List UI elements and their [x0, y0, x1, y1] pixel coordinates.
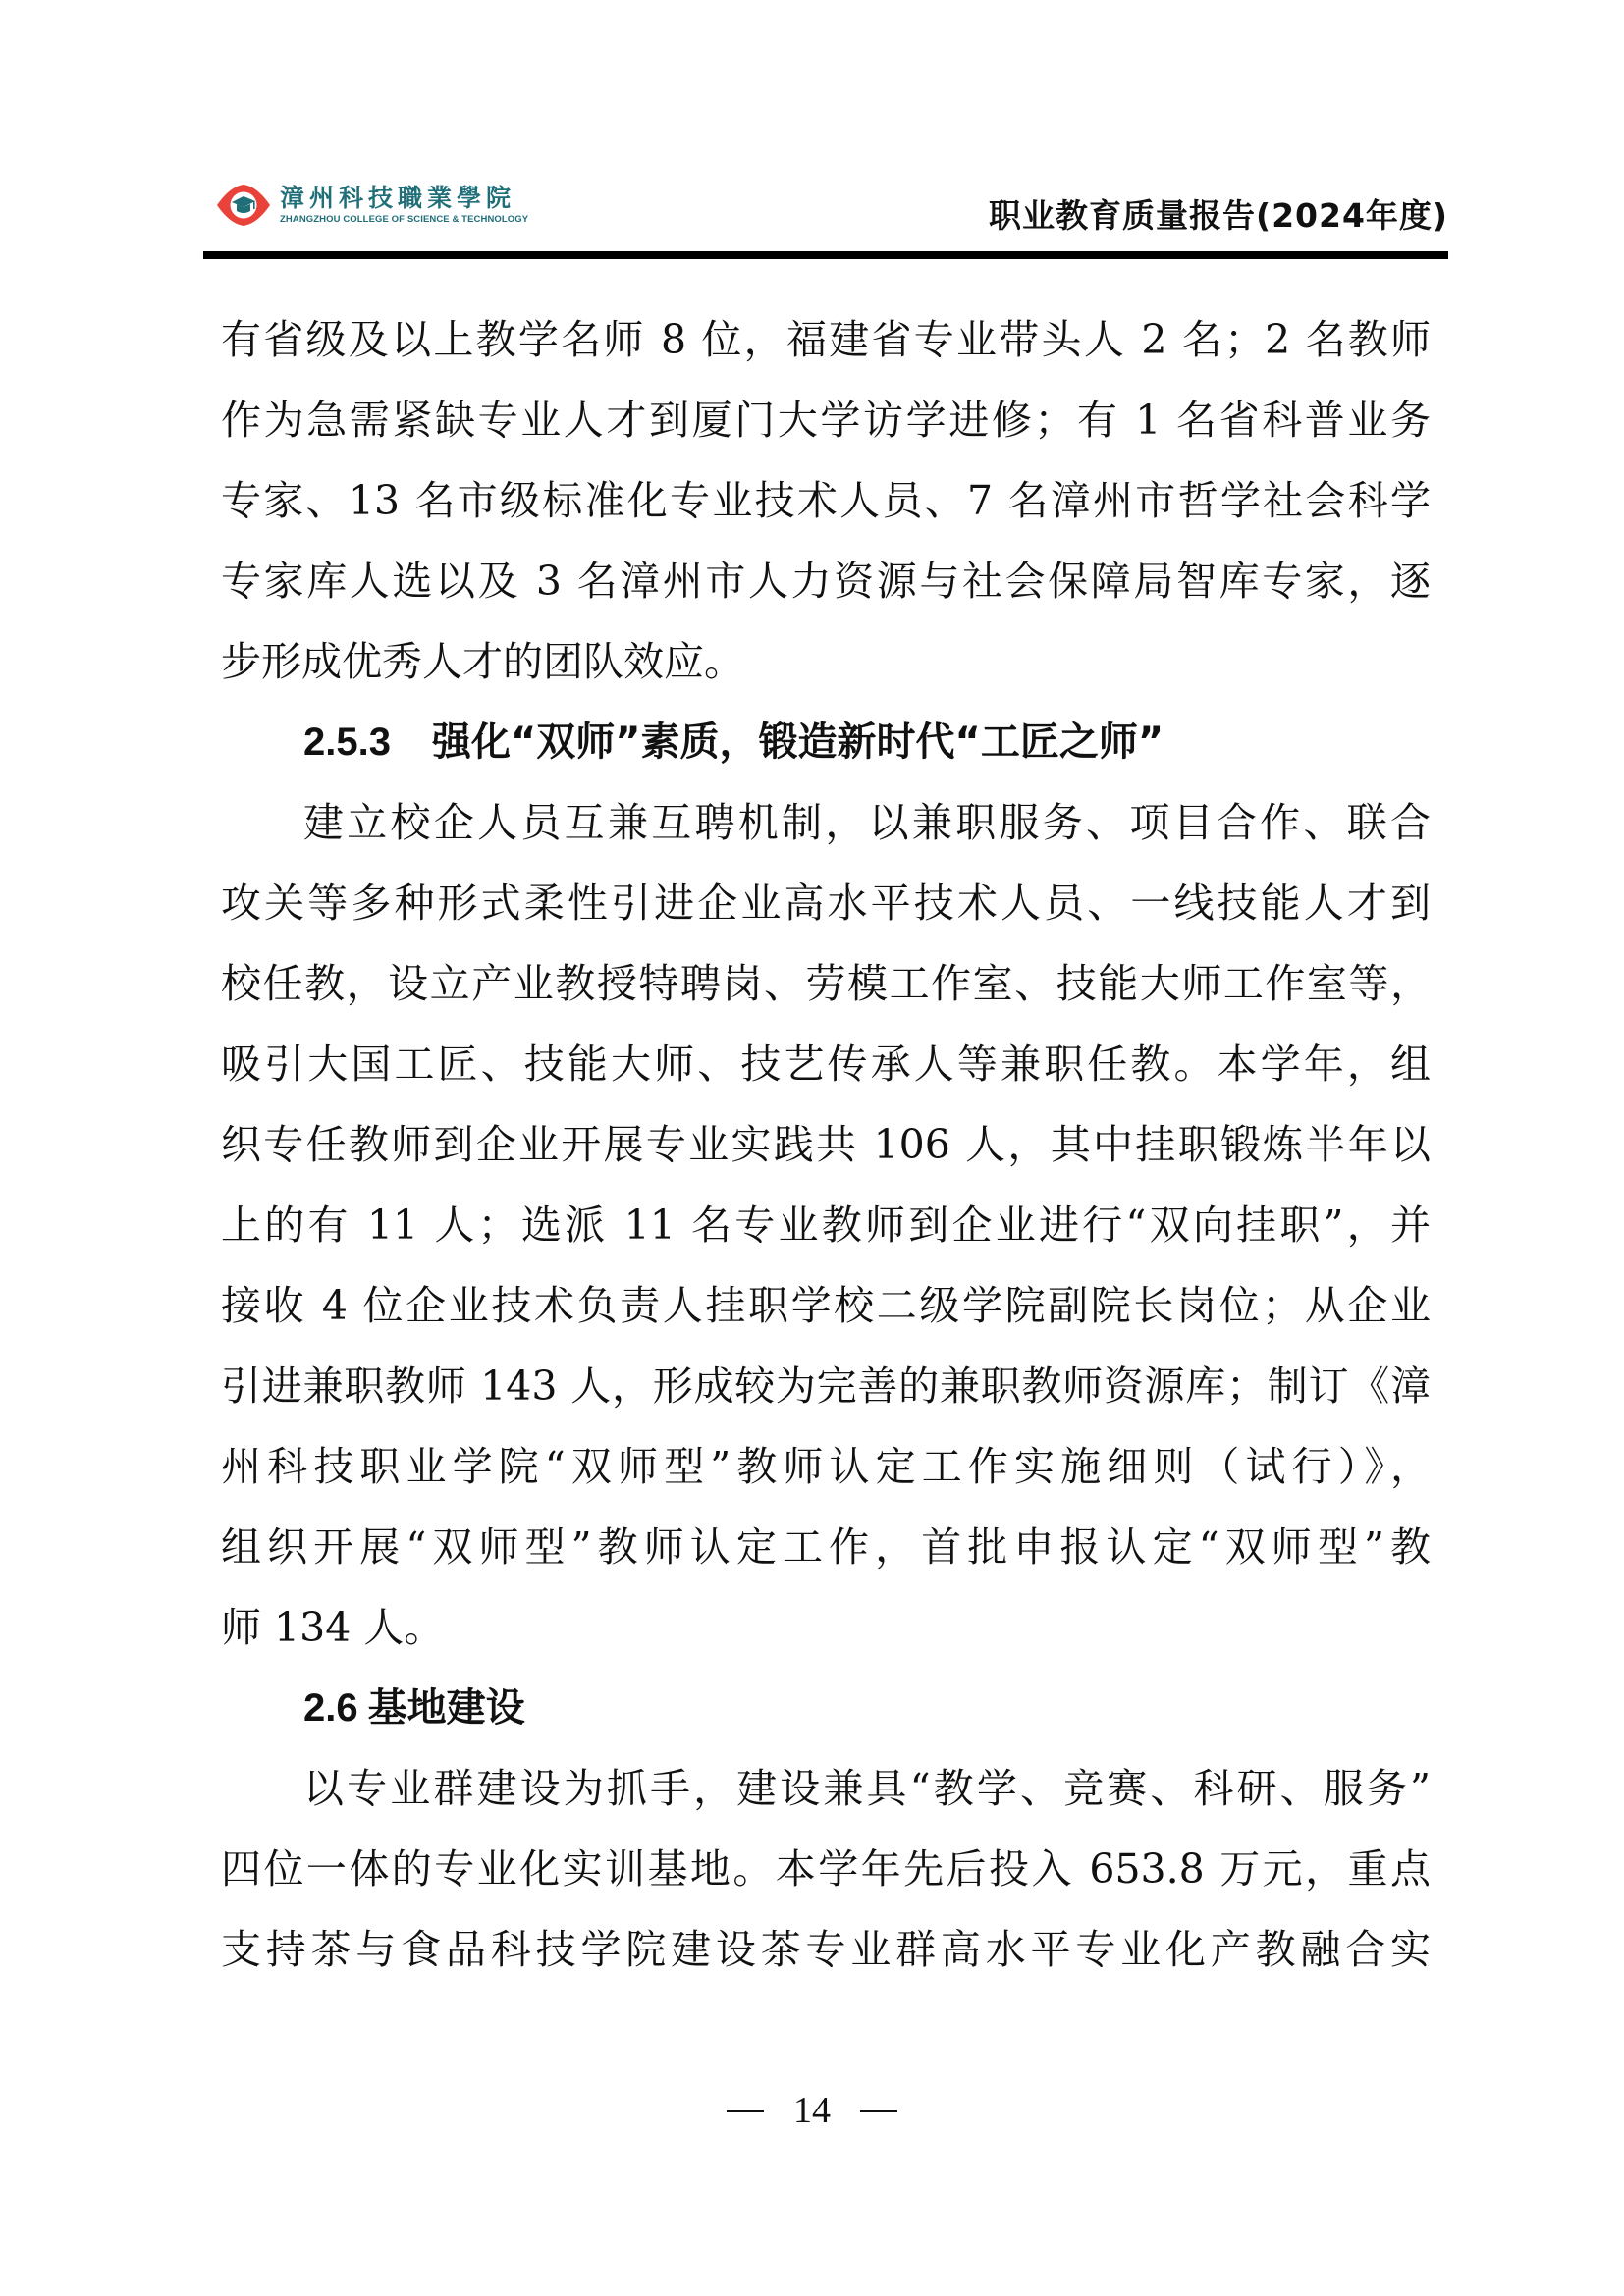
text-line: 专家库人选以及 3 名漳州市人力资源与社会保障局智库专家，逐 — [221, 541, 1431, 621]
dash-decoration — [860, 2110, 897, 2112]
college-name-en: ZHANGZHOU COLLEGE OF SCIENCE & TECHNOLOG… — [280, 214, 528, 226]
text-line: 以专业群建设为抓手，建设兼具“教学、竞赛、科研、服务” — [221, 1748, 1431, 1829]
dash-decoration — [727, 2110, 764, 2112]
text-line: 有省级及以上教学名师 8 位，福建省专业带头人 2 名；2 名教师 — [221, 299, 1431, 380]
paragraph-dual-teacher: 建立校企人员互兼互聘机制，以兼职服务、项目合作、联合 攻关等多种形式柔性引进企业… — [221, 782, 1431, 1668]
section-title: 强化“双师”素质，锻造新时代“工匠之师” — [432, 720, 1164, 765]
section-title: 基地建设 — [368, 1685, 525, 1731]
text-line: 上的有 11 人；选派 11 名专业教师到企业进行“双向挂职”，并 — [221, 1185, 1431, 1265]
text-line: 支持茶与食品科技学院建设茶专业群高水平专业化产教融合实 — [221, 1909, 1431, 1990]
page-footer: 14 — [0, 2089, 1624, 2132]
text-line: 建立校企人员互兼互聘机制，以兼职服务、项目合作、联合 — [221, 782, 1431, 863]
text-line: 校任教，设立产业教授特聘岗、劳模工作室、技能大师工作室等， — [221, 943, 1431, 1024]
text-line: 专家、13 名市级标准化专业技术人员、7 名漳州市哲学社会科学 — [221, 460, 1431, 541]
college-logo: 漳州科技職業學院 ZHANGZHOU COLLEGE OF SCIENCE & … — [215, 183, 528, 228]
report-title: 职业教育质量报告(2024年度) — [989, 196, 1448, 236]
text-line: 攻关等多种形式柔性引进企业高水平技术人员、一线技能人才到 — [221, 863, 1431, 943]
header-divider — [203, 251, 1448, 259]
text-line: 四位一体的专业化实训基地。本学年先后投入 653.8 万元，重点 — [221, 1829, 1431, 1909]
page-header: 漳州科技職業學院 ZHANGZHOU COLLEGE OF SCIENCE & … — [203, 177, 1448, 259]
section-heading-2-6: 2.6基地建设 — [221, 1668, 1431, 1748]
paragraph-talent-team: 有省级及以上教学名师 8 位，福建省专业带头人 2 名；2 名教师 作为急需紧缺… — [221, 299, 1431, 702]
text-line: 州科技职业学院“双师型”教师认定工作实施细则（试行）》， — [221, 1426, 1431, 1507]
text-line: 步形成优秀人才的团队效应。 — [221, 621, 1431, 702]
text-line: 织专任教师到企业开展专业实践共 106 人，其中挂职锻炼半年以 — [221, 1104, 1431, 1185]
paragraph-training-base: 以专业群建设为抓手，建设兼具“教学、竞赛、科研、服务” 四位一体的专业化实训基地… — [221, 1748, 1431, 1990]
section-heading-2-5-3: 2.5.3强化“双师”素质，锻造新时代“工匠之师” — [221, 702, 1431, 782]
page-content: 有省级及以上教学名师 8 位，福建省专业带头人 2 名；2 名教师 作为急需紧缺… — [221, 299, 1431, 1990]
text-line: 作为急需紧缺专业人才到厦门大学访学进修；有 1 名省科普业务 — [221, 380, 1431, 460]
college-name-cn: 漳州科技職業學院 — [280, 185, 528, 212]
text-line: 接收 4 位企业技术负责人挂职学校二级学院副院长岗位；从企业 — [221, 1265, 1431, 1346]
section-number: 2.5.3 — [303, 702, 391, 782]
text-line: 组织开展“双师型”教师认定工作，首批申报认定“双师型”教 — [221, 1507, 1431, 1587]
text-line: 师 134 人。 — [221, 1587, 1431, 1668]
page-number: 14 — [793, 2090, 831, 2131]
section-number: 2.6 — [303, 1668, 358, 1748]
college-emblem-icon — [215, 183, 272, 228]
text-line: 引进兼职教师 143 人，形成较为完善的兼职教师资源库；制订《漳 — [221, 1346, 1431, 1426]
text-line: 吸引大国工匠、技能大师、技艺传承人等兼职任教。本学年，组 — [221, 1024, 1431, 1104]
